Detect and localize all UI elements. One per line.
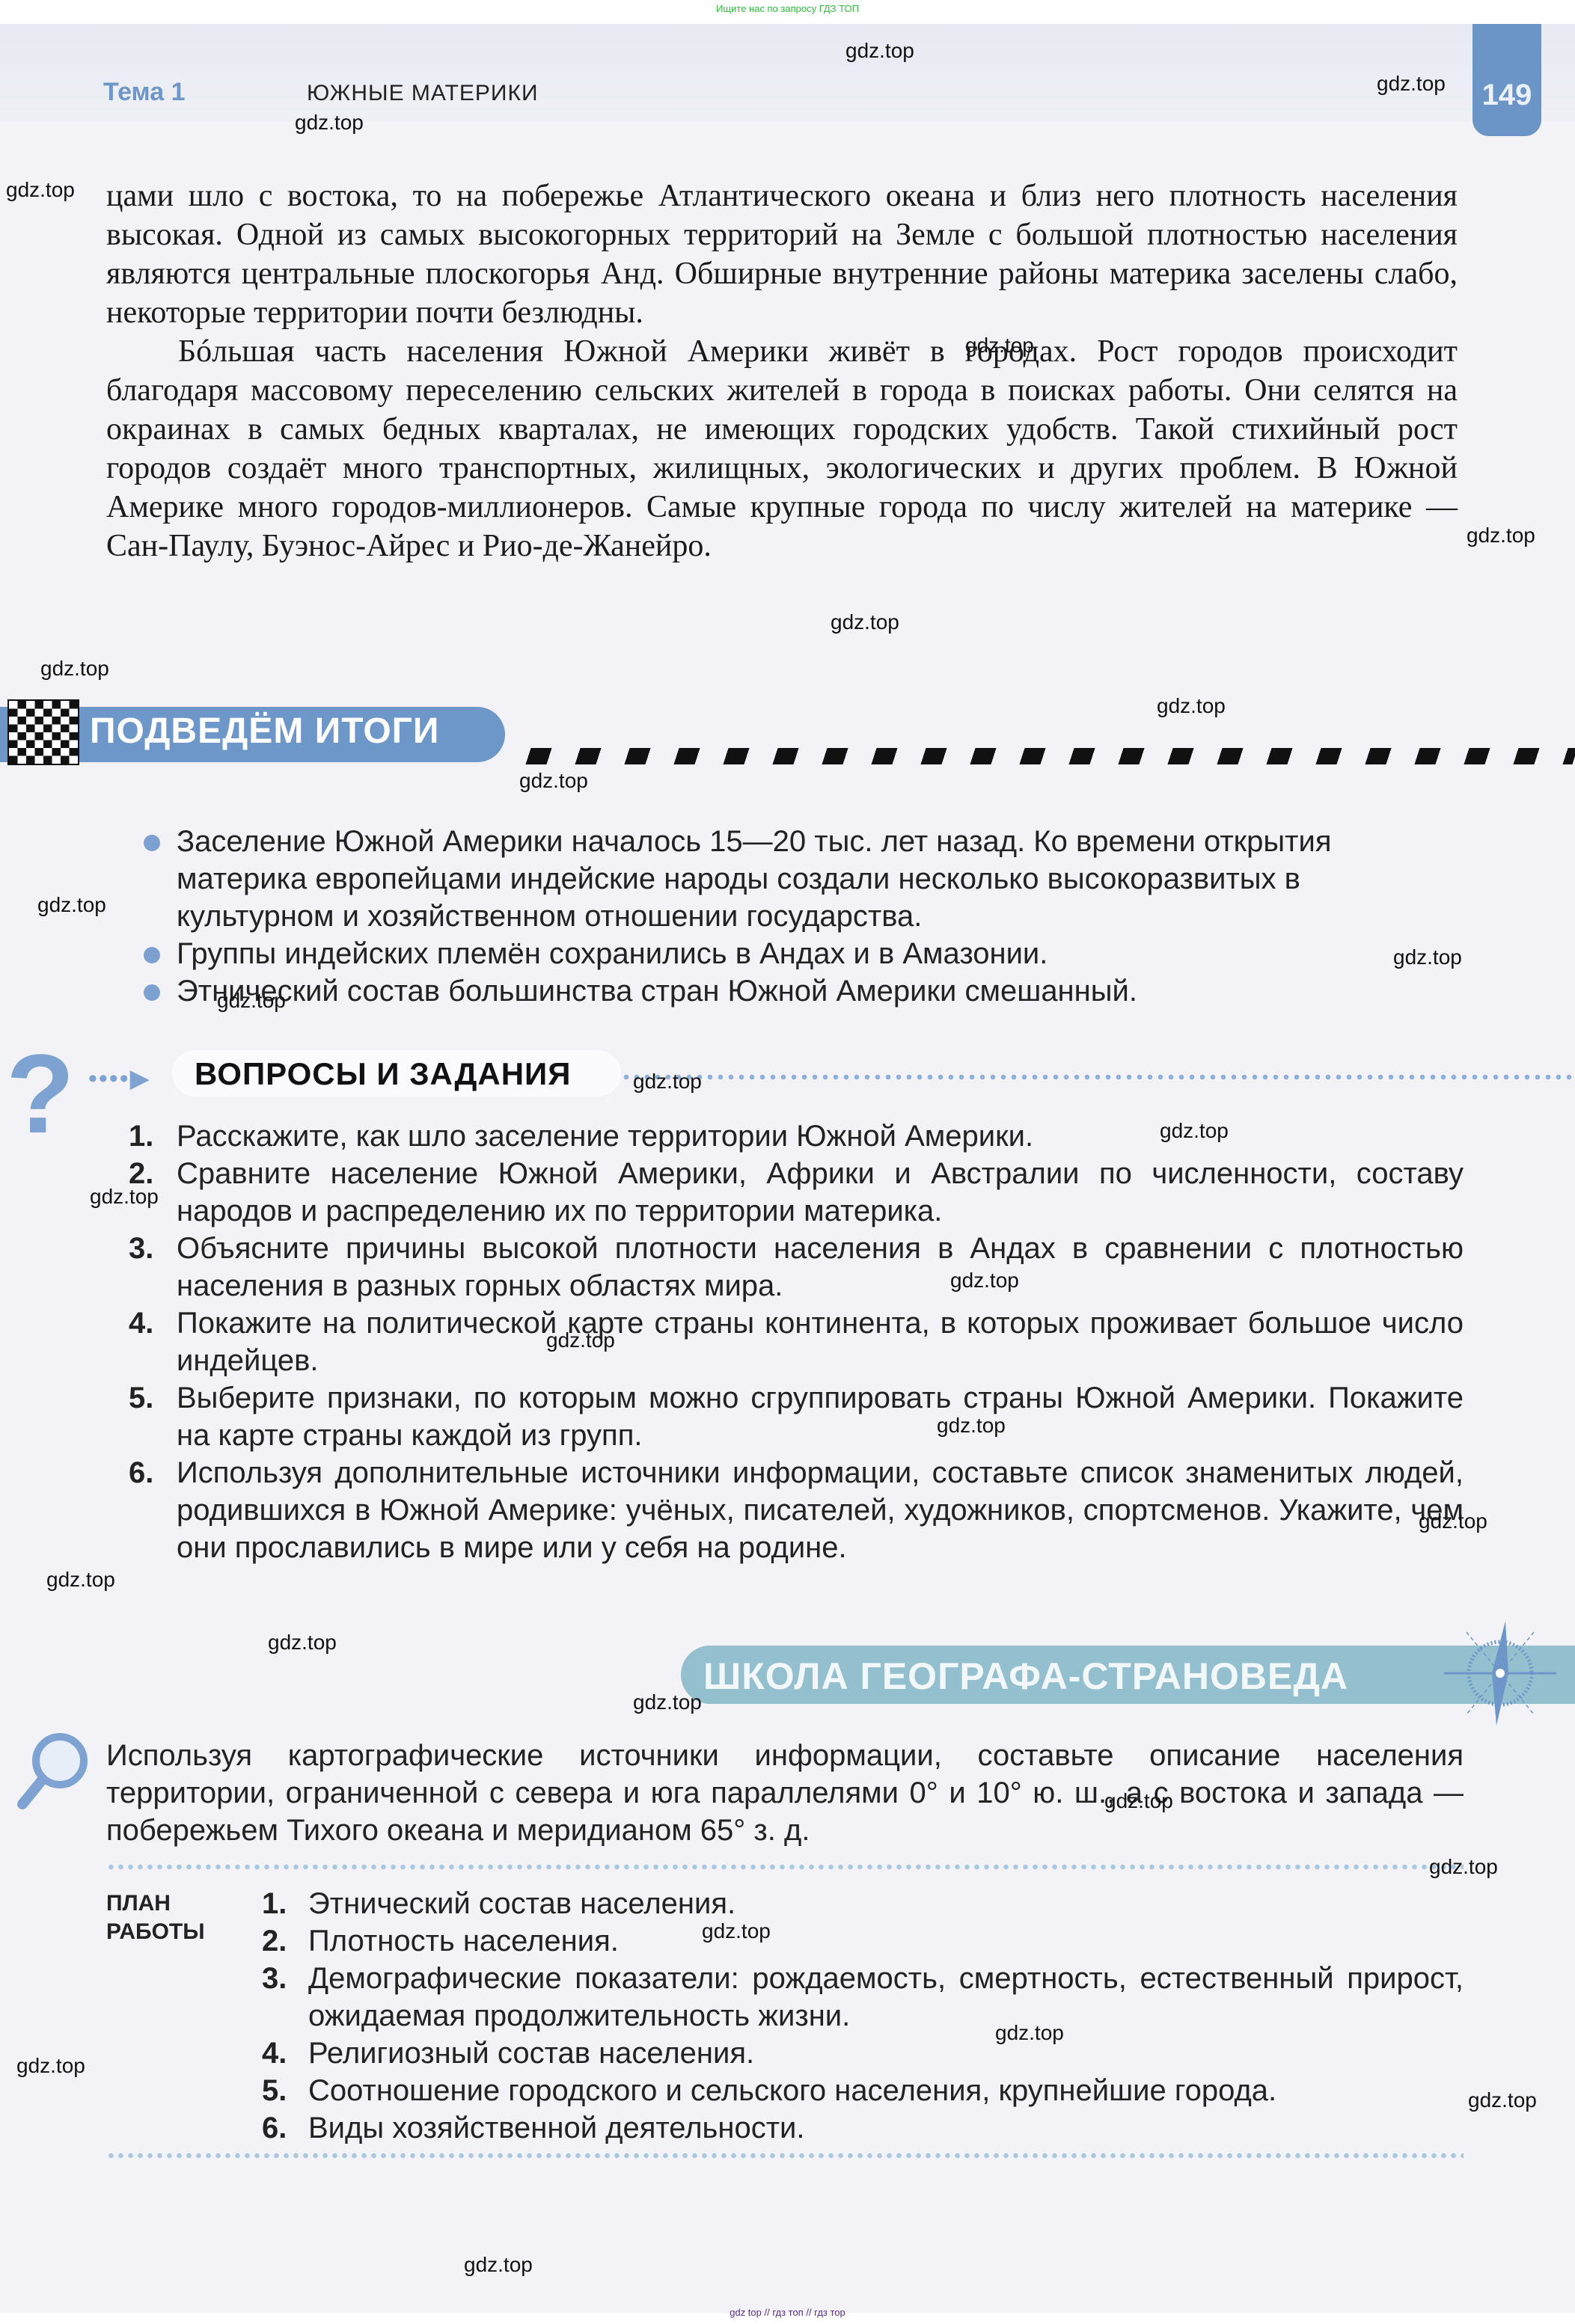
watermark: gdz.top: [268, 1631, 337, 1655]
dotted-divider: [621, 1074, 1575, 1080]
question-item: 3.Объясните причины высокой плотности на…: [129, 1230, 1464, 1304]
watermark: gdz.top: [1468, 2088, 1537, 2112]
watermark: gdz.top: [1467, 524, 1535, 548]
watermark: gdz.top: [1429, 1855, 1498, 1879]
watermark: gdz.top: [995, 2021, 1064, 2045]
watermark: gdz.top: [1377, 72, 1446, 96]
top-watermark-note: Ищите нас по запросу ГДЗ ТОП: [0, 3, 1575, 14]
watermark: gdz.top: [37, 893, 106, 917]
question-item: 1.Расскажите, как шло заселение территор…: [129, 1117, 1464, 1155]
bullet-icon: [144, 984, 160, 1001]
watermark: gdz.top: [16, 2054, 85, 2078]
questions-title: ВОПРОСЫ И ЗАДАНИЯ: [195, 1056, 571, 1092]
plan-item: 6.Виды хозяйственной деятельности.: [262, 2109, 1464, 2147]
watermark: gdz.top: [633, 1690, 702, 1714]
page-number: 149: [1472, 24, 1541, 136]
plan-item: 4.Религиозный состав населения.: [262, 2035, 1464, 2072]
watermark: gdz.top: [1393, 945, 1462, 969]
watermark: gdz.top: [217, 989, 286, 1013]
page-header: [0, 24, 1575, 121]
watermark: gdz.top: [831, 610, 899, 634]
watermark: gdz.top: [295, 111, 364, 135]
plan-item: 2.Плотность населения.: [262, 1922, 1464, 1960]
dotted-divider: [106, 2153, 1464, 2159]
body-text: цами шло с востока, то на побережье Атла…: [106, 177, 1458, 565]
dotted-arrow-icon: ••••▶: [88, 1064, 151, 1094]
questions-list: 1.Расскажите, как шло заселение территор…: [129, 1117, 1464, 1566]
dashed-divider: [521, 748, 1575, 764]
watermark: gdz.top: [1419, 1509, 1487, 1533]
paragraph: цами шло с востока, то на побережье Атла…: [106, 177, 1458, 332]
question-mark-icon: ?: [6, 1037, 75, 1150]
watermark: gdz.top: [1157, 694, 1226, 718]
watermark: gdz.top: [702, 1919, 771, 1943]
plan-label: ПЛАН РАБОТЫ: [106, 1889, 205, 1946]
watermark: gdz.top: [1160, 1119, 1229, 1143]
compass-icon: [1444, 1617, 1556, 1729]
watermark: gdz.top: [6, 178, 75, 202]
dotted-divider: [106, 1864, 1464, 1870]
question-item: 5.Выберите признаки, по которым можно сг…: [129, 1379, 1464, 1454]
watermark: gdz.top: [845, 39, 914, 63]
school-title: ШКОЛА ГЕОГРАФА-СТРАНОВЕДА: [703, 1655, 1348, 1698]
checkered-flag-icon: [7, 699, 79, 765]
plan-item: 1.Этнический состав населения.: [262, 1885, 1464, 1922]
watermark: gdz.top: [519, 769, 588, 793]
summary-item: Группы индейских племён сохранились в Ан…: [177, 935, 1464, 972]
footer-watermark-note: gdz top // гдз топ // гдз тор: [0, 2307, 1575, 2318]
magnifier-icon: [15, 1729, 90, 1812]
watermark: gdz.top: [90, 1185, 159, 1209]
watermark: gdz.top: [633, 1070, 702, 1094]
watermark: gdz.top: [464, 2253, 533, 2277]
question-item: 6.Используя дополнительные источники инф…: [129, 1454, 1464, 1566]
plan-item: 5.Соотношение городского и сельского нас…: [262, 2072, 1464, 2109]
topic-label: Тема 1: [103, 78, 186, 107]
summary-list: Заселение Южной Америки началось 15—20 т…: [177, 823, 1464, 1010]
summary-item: Заселение Южной Америки началось 15—20 т…: [177, 823, 1464, 935]
watermark: gdz.top: [46, 1568, 115, 1592]
summary-title: ПОДВЕДЁМ ИТОГИ: [90, 711, 439, 752]
section-name: ЮЖНЫЕ МАТЕРИКИ: [307, 81, 539, 106]
watermark: gdz.top: [1104, 1789, 1173, 1813]
summary-item: Этнический состав большинства стран Южно…: [177, 972, 1464, 1010]
watermark: gdz.top: [950, 1269, 1019, 1293]
watermark: gdz.top: [40, 657, 109, 681]
paragraph: Бóльшая часть населения Южной Америки жи…: [106, 332, 1458, 565]
bullet-icon: [144, 835, 160, 851]
plan-list: 1.Этнический состав населения. 2.Плотнос…: [262, 1885, 1464, 2147]
watermark: gdz.top: [546, 1328, 615, 1352]
bullet-icon: [144, 947, 160, 963]
plan-item: 3.Демографические показатели: рождаемост…: [262, 1960, 1464, 2035]
textbook-page: Тема 1 ЮЖНЫЕ МАТЕРИКИ 149 цами шло с вос…: [0, 24, 1575, 2313]
watermark: gdz.top: [937, 1414, 1006, 1438]
school-task: Используя картографические источники инф…: [106, 1737, 1464, 1849]
question-item: 2.Сравните население Южной Америки, Афри…: [129, 1155, 1464, 1230]
question-item: 4.Покажите на политической карте страны …: [129, 1304, 1464, 1379]
watermark: gdz.top: [965, 334, 1034, 358]
